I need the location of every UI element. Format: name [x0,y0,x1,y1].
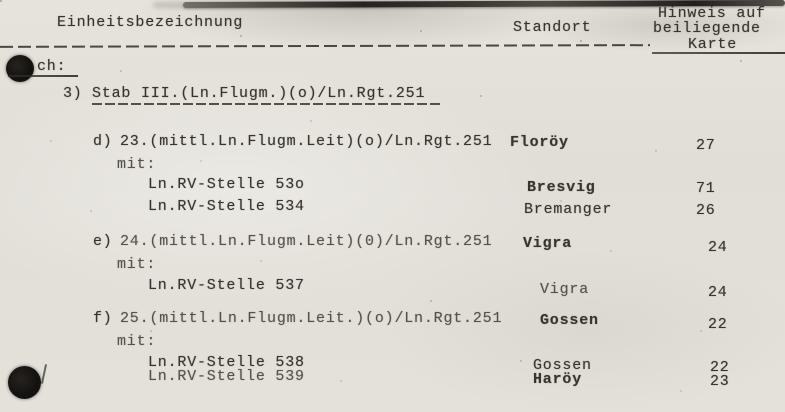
entry-mit: mit: [117,256,156,273]
subunit-unit: Ln.RV-Stelle 534 [148,198,305,215]
subunit-location: Vigra [540,281,589,298]
entry-label: f) [93,310,113,327]
section-title: Stab III.(Ln.Flugm.)(o)/Ln.Rgt.251 [92,85,425,102]
section-title-underline [92,103,442,105]
subunit-location: Haröy [533,371,582,388]
entry-location: Gossen [540,312,599,329]
margin-note-underline [8,75,78,77]
entry-location: Floröy [510,134,569,151]
subunit-location: Bresvig [527,179,596,196]
subunit-map-ref: 71 [696,180,716,197]
paper-noise [0,0,2,2]
header-rule-dashed [0,44,650,48]
entry-mit: mit: [117,333,156,350]
entry-mit: mit: [117,156,156,173]
subunit-unit: Ln.RV-Stelle 537 [148,277,305,294]
subunit-map-ref: 23 [710,373,730,390]
subunit-unit: Ln.RV-Stelle 53o [148,176,305,193]
subunit-map-ref: 24 [708,284,728,301]
header-rule-right [652,52,785,54]
column-header-unit: Einheitsbezeichnung [57,14,243,31]
entry-map-ref: 24 [708,239,728,256]
entry-unit: 24.(mittl.Ln.Flugm.Leit)(0)/Ln.Rgt.251 [120,233,492,250]
column-header-map-line2: beiliegende [653,20,761,37]
section-index: 3) [63,85,83,102]
column-header-map-line3: Karte [688,36,737,53]
subunit-map-ref: 26 [696,202,716,219]
column-header-standort: Standort [513,19,591,36]
entry-map-ref: 22 [708,316,728,333]
punch-hole-top [6,55,34,82]
entry-unit: 25.(mittl.Ln.Flugm.Leit.)(o)/Ln.Rgt.251 [120,310,502,327]
entry-location: Vigra [523,235,572,252]
entry-map-ref: 27 [696,137,716,154]
entry-unit: 23.(mittl.Ln.Flugm.Leit)(o)/Ln.Rgt.251 [120,133,492,150]
margin-note: ch: [37,58,66,75]
pen-tick-mark [41,364,47,384]
subunit-unit: Ln.RV-Stelle 539 [148,368,305,385]
entry-label: d) [93,133,113,150]
entry-label: e) [93,233,113,250]
scanned-document-page: Einheitsbezeichnung Standort Hinweis auf… [0,0,785,412]
subunit-location: Bremanger [524,201,612,218]
punch-hole-bottom [8,366,41,399]
